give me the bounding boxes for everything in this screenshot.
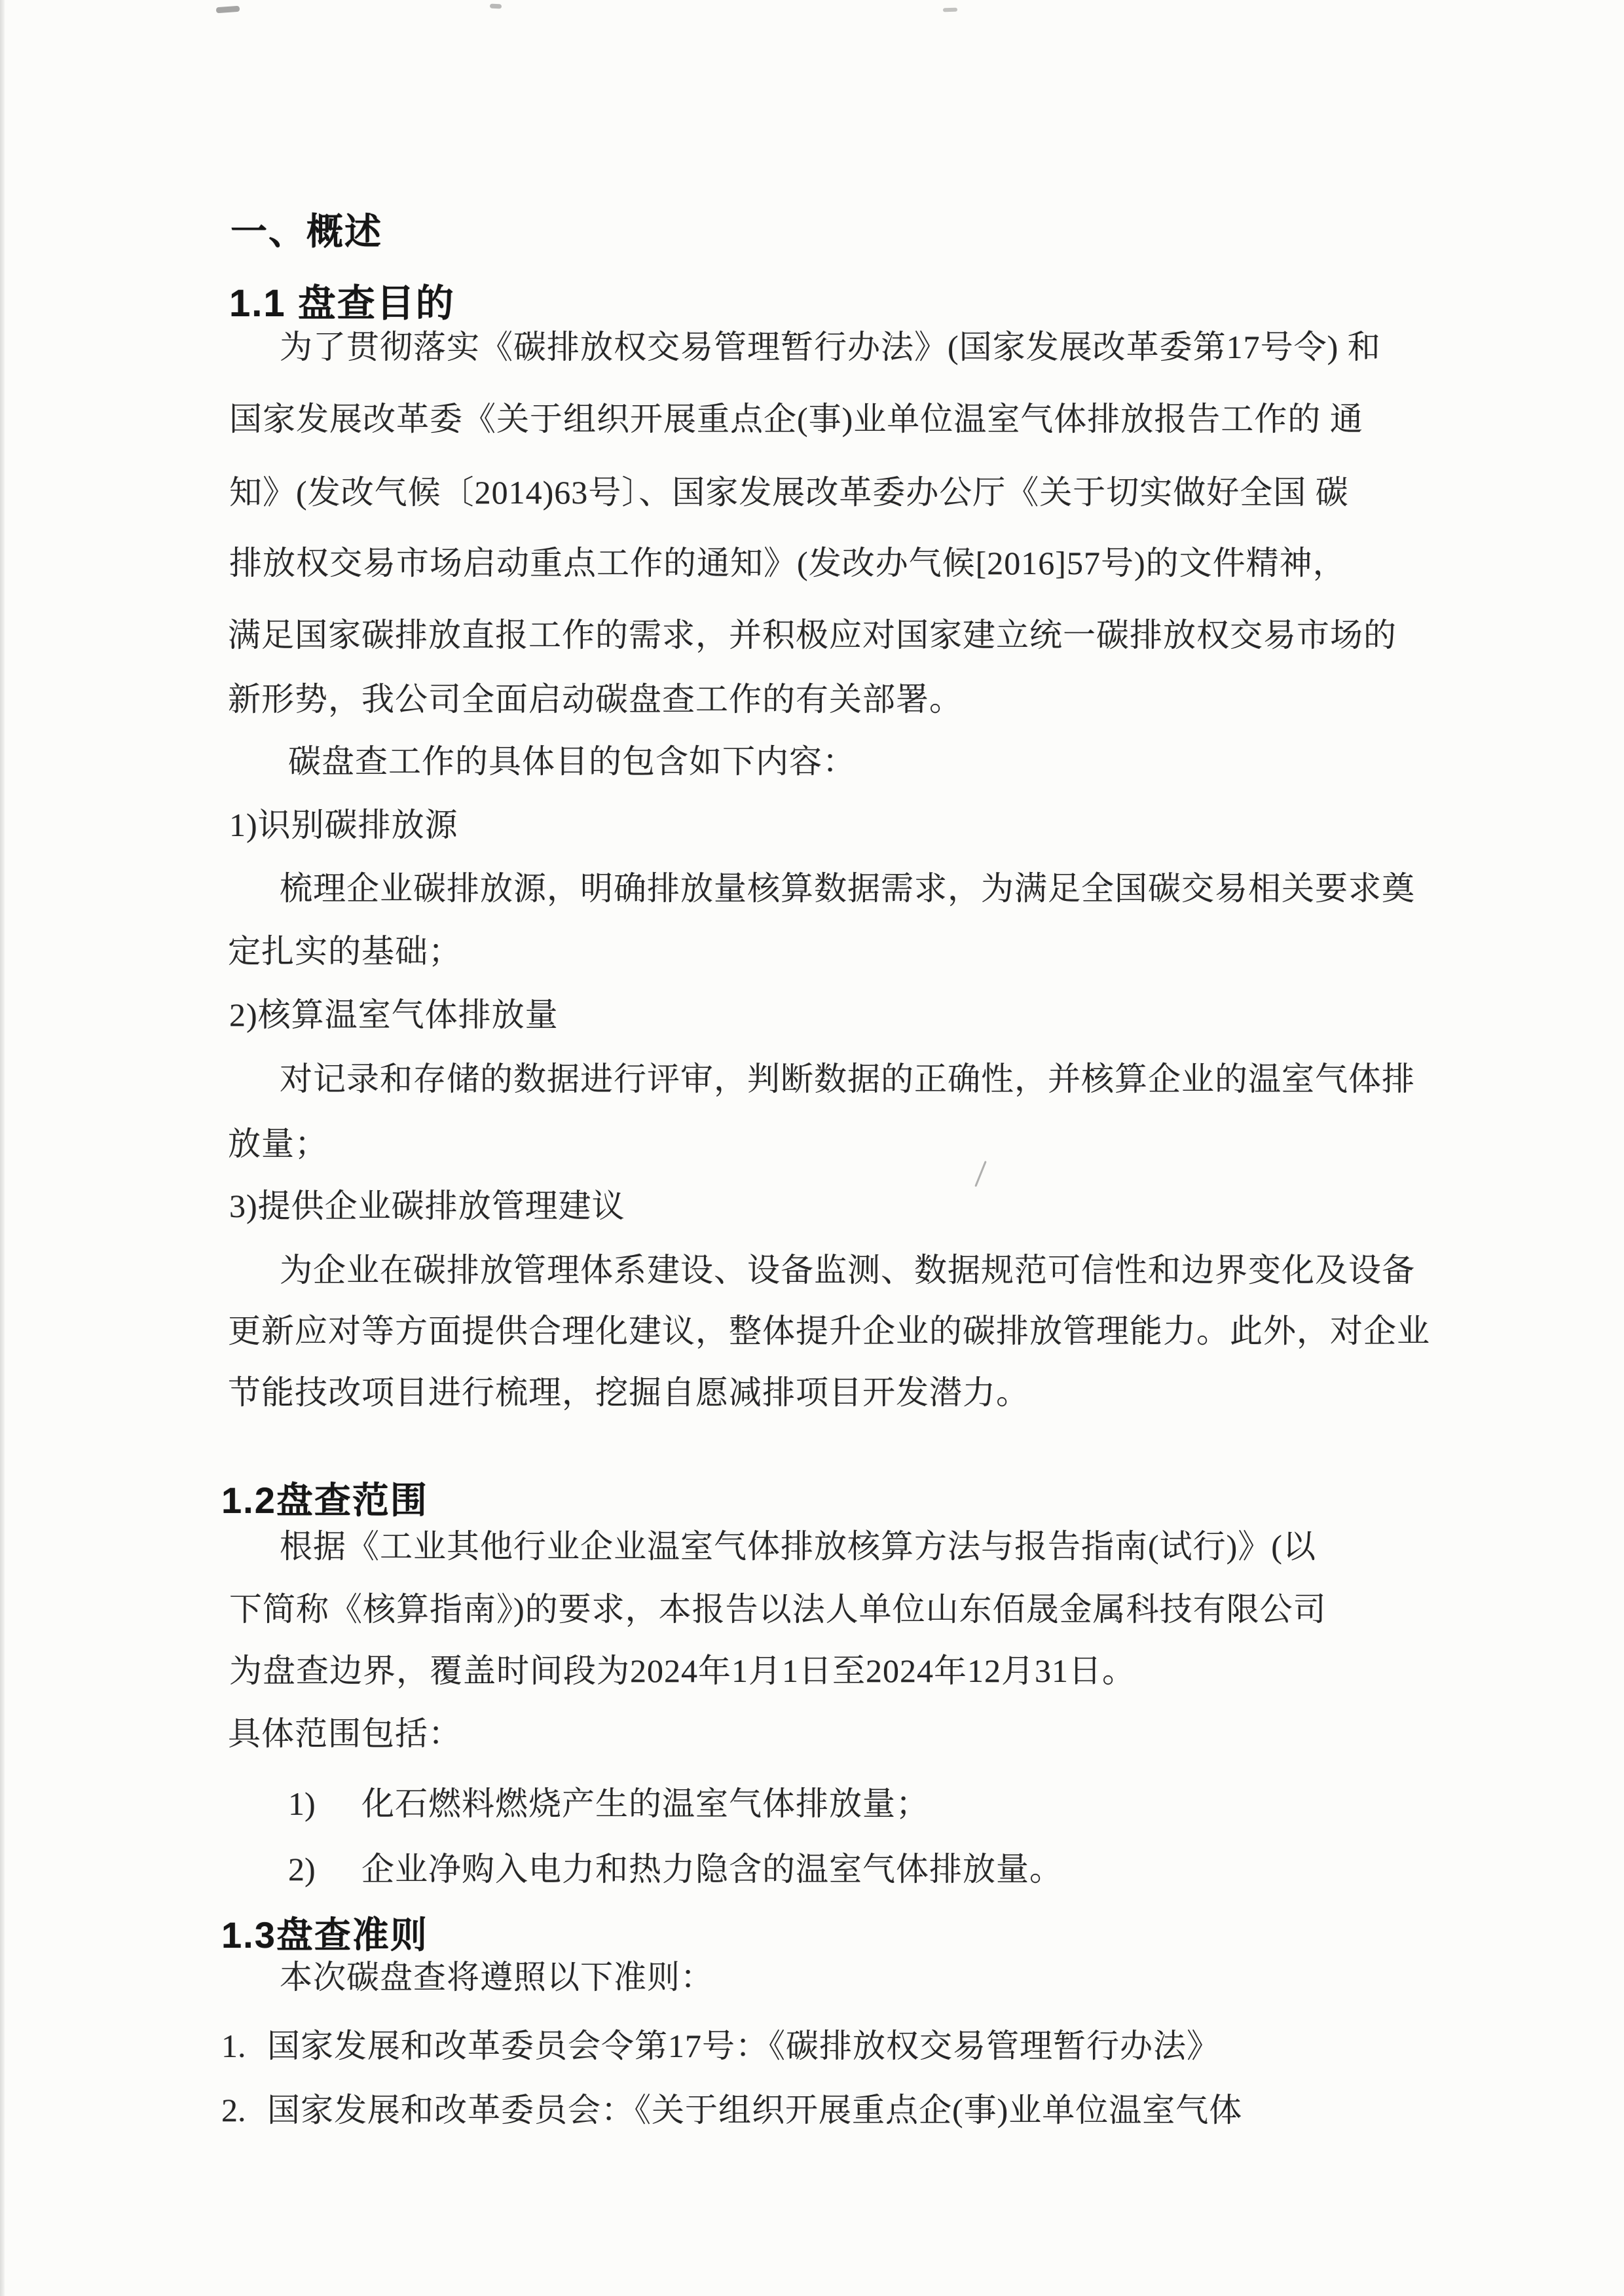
list-item-text: 化石燃料燃烧产生的温室气体排放量； bbox=[361, 1777, 929, 1825]
scan-artifact bbox=[216, 6, 240, 13]
para-line: 更新应对等方面提供合理化建议，整体提升企业的碳排放管理能力。此外，对企业 bbox=[228, 1311, 1430, 1351]
para-line: 梳理企业碳排放源，明确排放量核算数据需求，为满足全国碳交易相关要求奠 bbox=[280, 869, 1415, 908]
scope-list-item: 1)化石燃料燃烧产生的温室气体排放量； bbox=[288, 1777, 929, 1825]
para-line: 定扎实的基础； bbox=[228, 932, 462, 971]
para-line: 节能技改项目进行梳理，挖掘自愿减排项目开发潜力。 bbox=[228, 1373, 1029, 1412]
list-item-title: 2)核算温室气体排放量 bbox=[229, 995, 559, 1034]
scan-edge-shadow bbox=[0, 0, 5, 2296]
list-item-text: 国家发展和改革委员会：《关于组织开展重点企(事)业单位温室气体 bbox=[267, 2084, 1242, 2131]
scanned-document-page: 一、概述 1.1 盘查目的 为了贯彻落实《碳排放权交易管理暂行办法》(国家发展改… bbox=[0, 0, 1624, 2296]
list-item-number: 2. bbox=[221, 2091, 267, 2129]
para-line: 碳盘查工作的具体目的包含如下内容： bbox=[288, 742, 856, 781]
list-item-text: 企业净购入电力和热力隐含的温室气体排放量。 bbox=[361, 1843, 1063, 1890]
chapter-title: 一、概述 bbox=[231, 203, 382, 255]
scan-artifact bbox=[974, 1161, 987, 1187]
list-item-title: 1)识别碳排放源 bbox=[229, 805, 458, 845]
criteria-list-item: 2.国家发展和改革委员会：《关于组织开展重点企(事)业单位温室气体 bbox=[221, 2084, 1242, 2131]
para-line: 新形势，我公司全面启动碳盘查工作的有关部署。 bbox=[228, 680, 963, 719]
para-line: 为了贯彻落实《碳排放权交易管理暂行办法》(国家发展改革委第17号令) 和 bbox=[280, 327, 1381, 367]
para-line: 对记录和存储的数据进行评审，判断数据的正确性，并核算企业的温室气体排 bbox=[280, 1059, 1415, 1099]
para-line: 根据《工业其他行业企业温室气体排放核算方法与报告指南(试行)》(以 bbox=[280, 1527, 1316, 1566]
scan-artifact bbox=[490, 4, 502, 9]
para-line: 本次碳盘查将遵照以下准则： bbox=[280, 1958, 714, 1997]
list-item-text: 国家发展和改革委员会令第17号：《碳排放权交易管理暂行办法》 bbox=[267, 2020, 1220, 2067]
para-line: 为盘查边界，覆盖时间段为2024年1月1日至2024年12月31日。 bbox=[229, 1651, 1135, 1690]
para-line: 放量； bbox=[228, 1124, 328, 1163]
para-line: 下简称《核算指南》)的要求，本报告以法人单位山东佰晟金属科技有限公司 bbox=[229, 1590, 1327, 1629]
section-heading-1-3: 1.3盘查准则 bbox=[221, 1906, 428, 1959]
para-line: 满足国家碳排放直报工作的需求，并积极应对国家建立统一碳排放权交易市场的 bbox=[228, 615, 1397, 655]
section-heading-1-1: 1.1 盘查目的 bbox=[229, 272, 455, 327]
scan-artifact bbox=[943, 8, 957, 12]
criteria-list-item: 1.国家发展和改革委员会令第17号：《碳排放权交易管理暂行办法》 bbox=[221, 2020, 1220, 2067]
scope-list-item: 2)企业净购入电力和热力隐含的温室气体排放量。 bbox=[288, 1843, 1063, 1890]
list-item-number: 2) bbox=[288, 1850, 361, 1888]
section-heading-1-2: 1.2盘查范围 bbox=[221, 1472, 428, 1524]
para-line: 排放权交易市场启动重点工作的通知》(发改办气候[2016]57号)的文件精神， bbox=[229, 543, 1346, 583]
para-line: 知》(发改气候〔2014)63号〕、国家发展改革委办公厅《关于切实做好全国 碳 bbox=[229, 473, 1349, 512]
para-line: 为企业在碳排放管理体系建设、设备监测、数据规范可信性和边界变化及设备 bbox=[280, 1250, 1415, 1290]
list-item-number: 1. bbox=[221, 2027, 267, 2065]
list-item-number: 1) bbox=[288, 1785, 361, 1823]
para-line: 国家发展改革委《关于组织开展重点企(事)业单位温室气体排放报告工作的 通 bbox=[229, 399, 1363, 439]
list-item-title: 3)提供企业碳排放管理建议 bbox=[229, 1186, 625, 1226]
para-line: 具体范围包括： bbox=[228, 1714, 462, 1753]
